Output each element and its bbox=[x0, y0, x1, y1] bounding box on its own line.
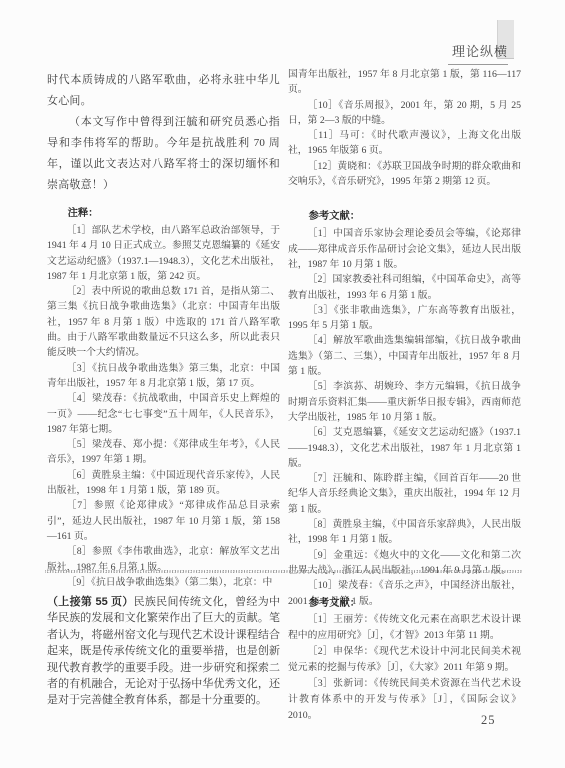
reference-item: ［3］《张非歌曲选集》，广东高等教育出版社，1995 年 5 月第 1 版。 bbox=[288, 303, 521, 334]
note-continuation: 国青年出版社，1957 年 8 月北京第 1 版，第 116—117 页。 bbox=[288, 67, 521, 98]
article1-right-column: 国青年出版社，1957 年 8 月北京第 1 版，第 116—117 页。 ［1… bbox=[288, 67, 521, 609]
reference-item: ［2］申保华：《现代艺术设计中河北民间美术视觉元素的挖掘与传承》［J］，《大家》… bbox=[288, 644, 521, 676]
note-item: ［12］黄晓和：《苏联卫国战争时期的群众歌曲和交响乐》，《音乐研究》，1995 … bbox=[288, 159, 521, 190]
note-item: ［11］马可：《时代歌声漫议》，上海文化出版社，1965 年版第 6 页。 bbox=[288, 128, 521, 159]
article-divider bbox=[45, 570, 522, 573]
reference-item: ［7］汪毓和、陈聆群主编，《回首百年——20 世纪华人音乐经典论文集》，重庆出版… bbox=[288, 471, 521, 517]
journal-page: 理论纵横 时代本质铸成的八路军歌曲，必将永驻中华儿女心间。 （本文写作中曾得到汪… bbox=[0, 0, 565, 768]
reference-item: ［1］王丽芳：《传统文化元素在高职艺术设计课程中的应用研究》［J］，《才智》20… bbox=[288, 612, 521, 644]
article2-references-column: 参考文献： ［1］王丽芳：《传统文化元素在高职艺术设计课程中的应用研究》［J］，… bbox=[288, 594, 521, 724]
reference-item: ［5］李滨荪、胡婉玲、李方元编辑，《抗日战争时期音乐资料汇集——重庆新华日报专辑… bbox=[288, 379, 521, 425]
note-item: ［1］部队艺术学校，由八路军总政治部领导，于 1941 年 4 月 10 日正式… bbox=[47, 223, 280, 284]
reference-item: ［9］金重远：《炮火中的文化——文化和第二次世界大战》，浙江人民出版社，1991… bbox=[288, 548, 521, 579]
reference-item: ［2］国家教委社科司组编，《中国革命史》，高等教育出版社，1993 年 6 月第… bbox=[288, 272, 521, 303]
reference-item: ［6］艾克恩编纂，《延安文艺运动纪盛》（1937.1——1948.3），文化艺术… bbox=[288, 425, 521, 471]
article2-paragraph: （上接第 55 页）民族民间传统文化，曾经为中华民族的发展和文化繁荣作出了巨大的… bbox=[47, 594, 280, 709]
page-number: 25 bbox=[481, 713, 496, 728]
continued-from-label: （上接第 55 页） bbox=[47, 596, 134, 608]
references-list-2: ［1］王丽芳：《传统文化元素在高职艺术设计课程中的应用研究》［J］，《才智》20… bbox=[288, 612, 521, 724]
note-item: ［9］《抗日战争歌曲选集》（第二集），北京：中 bbox=[47, 575, 280, 590]
reference-item: ［1］中国音乐家协会理论委员会等编，《论郑律成——郑律成音乐作品研讨会论文集》，… bbox=[288, 226, 521, 272]
reference-item: ［4］解放军歌曲选集编辑部编，《抗日战争歌曲选集》（第二、三集），中国青年出版社… bbox=[288, 333, 521, 379]
note-item: ［6］黄胜泉主编：《中国近现代音乐家传》，人民出版社，1998 年 1 月第 1… bbox=[47, 468, 280, 499]
note-item: ［4］梁茂春：《抗战歌曲，中国音乐史上辉煌的一页》——纪念“七七事变”五十周年，… bbox=[47, 391, 280, 437]
reference-item: ［8］黄胜泉主编，《中国音乐家辞典》，人民出版社，1998 年 1 月第 1 版… bbox=[288, 517, 521, 548]
note-item: ［2］表中所说的歌曲总数 171 首，是指从第二、第三集《抗日战争歌曲选集》（北… bbox=[47, 284, 280, 360]
body-paragraph-2: （本文写作中曾得到汪毓和研究员悉心指导和李伟将军的帮助。今年是抗战胜利 70 周… bbox=[47, 112, 280, 196]
references-heading: 参考文献： bbox=[288, 207, 521, 222]
note-item: ［5］梁茂春、郑小提：《郑律成生年考》，《人民音乐》，1997 年第 1 期。 bbox=[47, 437, 280, 468]
notes-list-right: ［10］《音乐周报》，2001 年，第 20 期，5 月 25 日，第 2—3 … bbox=[288, 98, 521, 190]
notes-heading: 注释： bbox=[47, 204, 280, 219]
notes-list-left: ［1］部队艺术学校，由八路军总政治部领导，于 1941 年 4 月 10 日正式… bbox=[47, 223, 280, 590]
references-heading-2: 参考文献： bbox=[288, 594, 521, 609]
section-title: 理论纵横 bbox=[452, 44, 508, 59]
section-header: 理论纵横 bbox=[448, 41, 508, 65]
article1-left-column: 时代本质铸成的八路军歌曲，必将永驻中华儿女心间。 （本文写作中曾得到汪毓和研究员… bbox=[47, 70, 280, 590]
note-item: ［10］《音乐周报》，2001 年，第 20 期，5 月 25 日，第 2—3 … bbox=[288, 98, 521, 129]
note-item: ［3］《抗日战争歌曲选集》第三集，北京：中国青年出版社，1957 年 8 月北京… bbox=[47, 361, 280, 392]
note-item: ［7］参照《论郑律成》“郑律成作品总目录索引”，延边人民出版社，1987 年 1… bbox=[47, 498, 280, 544]
body-paragraph-1: 时代本质铸成的八路军歌曲，必将永驻中华儿女心间。 bbox=[47, 70, 280, 112]
article2-text-column: （上接第 55 页）民族民间传统文化，曾经为中华民族的发展和文化繁荣作出了巨大的… bbox=[47, 594, 280, 709]
references-list: ［1］中国音乐家协会理论委员会等编，《论郑律成——郑律成音乐作品研讨会论文集》，… bbox=[288, 226, 521, 608]
article2-body-text: 民族民间传统文化，曾经为中华民族的发展和文化繁荣作出了巨大的贡献。笔者认为，将磁… bbox=[47, 596, 280, 706]
